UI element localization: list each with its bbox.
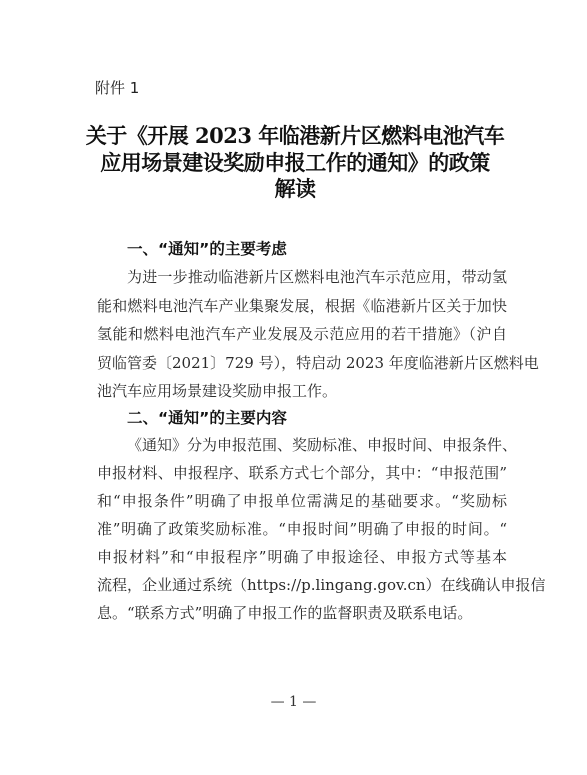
body-line: 和“申报条件”明确了申报单位需满足的基础要求。“奖励标 <box>97 490 507 511</box>
body-line: 息。“联系方式”明确了申报工作的监督职责及联系电话。 <box>97 602 507 623</box>
body-line: 申报材料、申报程序、联系方式七个部分，其中：“申报范围” <box>97 462 507 483</box>
body-line: 氢能和燃料电池汽车产业发展及示范应用的若干措施》（沪自 <box>97 323 507 344</box>
document-page: 附件 1 关于《开展 2023 年临港新片区燃料电池汽车 应用场景建设奖励申报工… <box>0 0 587 775</box>
attachment-label: 附件 1 <box>95 77 139 98</box>
body-line: 能和燃料电池汽车产业集聚发展，根据《临港新片区关于加快 <box>97 295 507 316</box>
title-line: 解读 <box>85 176 505 203</box>
page-number: — 1 — <box>0 694 587 710</box>
title-line: 关于《开展 2023 年临港新片区燃料电池汽车 <box>85 123 505 150</box>
body-line: 池汽车应用场景建设奖励申报工作。 <box>97 380 507 401</box>
body-line: 《通知》分为申报范围、奖励标准、申报时间、申报条件、 <box>127 434 507 455</box>
body-line: 申报材料”和“申报程序”明确了申报途径、申报方式等基本 <box>97 546 507 567</box>
document-title: 关于《开展 2023 年临港新片区燃料电池汽车 应用场景建设奖励申报工作的通知》… <box>85 123 505 203</box>
title-line: 应用场景建设奖励申报工作的通知》的政策 <box>85 150 505 177</box>
body-line: 为进一步推动临港新片区燃料电池汽车示范应用，带动氢 <box>127 266 507 287</box>
section-heading-1: 一、“通知”的主要考虑 <box>127 237 287 259</box>
body-line: 流程，企业通过系统（https://p.lingang.gov.cn）在线确认申… <box>97 574 507 595</box>
body-line: 准”明确了政策奖励标准。“申报时间”明确了申报的时间。“ <box>97 518 507 539</box>
body-line: 贸临管委〔2021〕729 号），特启动 2023 年度临港新片区燃料电 <box>97 352 507 373</box>
section-heading-2: 二、“通知”的主要内容 <box>127 406 287 428</box>
